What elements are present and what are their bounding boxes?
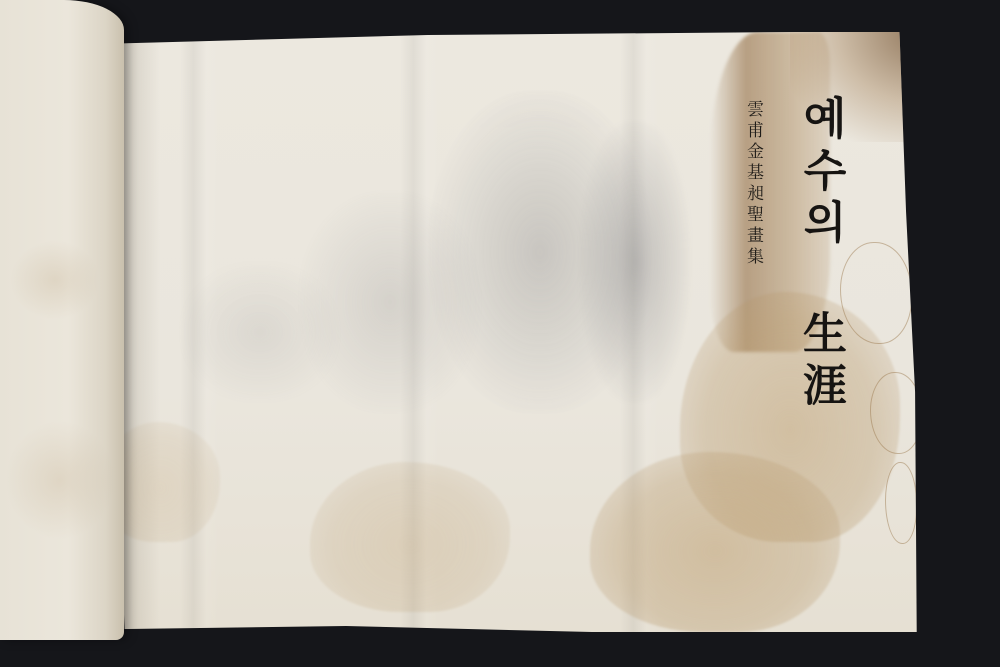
- left-page-stain: [5, 420, 115, 540]
- photo-scene: 雲甫金基昶聖畫集 예수의 生涯: [0, 0, 1000, 667]
- title-vertical-text: 예수의 生涯: [782, 95, 842, 414]
- water-stain: [310, 462, 510, 612]
- water-stain: [590, 452, 840, 632]
- subtitle-vertical-text: 雲甫金基昶聖畫集: [739, 100, 761, 268]
- tide-line-ring: [840, 242, 912, 344]
- tide-line-ring: [885, 462, 917, 544]
- left-page-stain: [10, 240, 100, 320]
- mold-patch: [180, 262, 340, 402]
- mold-patch: [580, 122, 690, 402]
- left-curled-page: [0, 0, 124, 640]
- tide-line-ring: [870, 372, 922, 454]
